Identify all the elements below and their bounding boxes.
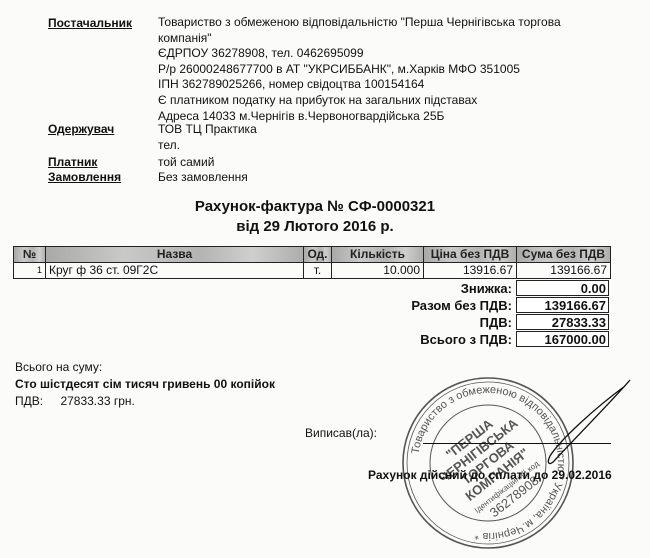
subtotal-value: 139166.67 xyxy=(516,297,609,313)
subtotal-label: Разом без ПДВ: xyxy=(411,298,512,313)
col-header-name: Назва xyxy=(46,247,304,263)
footer-vat-label: ПДВ: xyxy=(15,394,43,408)
footer-vat: ПДВ: 27833.33 грн. xyxy=(15,394,135,408)
table-row: 1 Круг ф 36 ст. 09Г2С т. 10.000 13916.67… xyxy=(14,263,611,279)
table-header-row: № Назва Од. Кількість Ціна без ПДВ Сума … xyxy=(14,247,611,263)
col-header-unit: Од. xyxy=(304,247,332,263)
discount-row: Знижка: 0.00 xyxy=(0,280,610,297)
invoice-title: Рахунок-фактура № СФ-0000321 xyxy=(0,198,630,215)
supplier-label: Постачальник xyxy=(48,16,132,30)
row-no: 1 xyxy=(14,263,46,279)
supplier-line: компанія" xyxy=(158,31,561,47)
row-name: Круг ф 36 ст. 09Г2С xyxy=(46,263,304,279)
supplier-line: Товариство з обмеженою відповідальністю … xyxy=(158,15,561,31)
supplier-details: Товариство з обмеженою відповідальністю … xyxy=(158,15,561,124)
issued-by-label: Виписав(ла): xyxy=(305,426,377,440)
footer-vat-value: 27833.33 грн. xyxy=(60,394,134,408)
discount-value: 0.00 xyxy=(516,280,609,296)
grand-total-label: Всього з ПДВ: xyxy=(420,332,512,347)
col-header-sum: Сума без ПДВ xyxy=(517,247,611,263)
recipient-phone: тел. xyxy=(158,138,180,152)
invoice-date: від 29 Лютого 2016 р. xyxy=(0,218,630,235)
signature-icon xyxy=(520,378,640,478)
vat-value: 27833.33 xyxy=(516,314,609,330)
col-header-price: Ціна без ПДВ xyxy=(424,247,517,263)
supplier-line: Є платником податку на прибуток на загал… xyxy=(158,93,561,109)
subtotal-row: Разом без ПДВ: 139166.67 xyxy=(0,297,610,314)
row-unit: т. xyxy=(304,263,332,279)
items-table: № Назва Од. Кількість Ціна без ПДВ Сума … xyxy=(13,246,611,279)
grand-total-row: Всього з ПДВ: 167000.00 xyxy=(0,331,610,348)
valid-until-note: Рахунок дійсний до сплати до 29.02.2016 xyxy=(368,468,612,482)
total-amount-label: Всього на суму: xyxy=(15,360,102,374)
row-price: 13916.67 xyxy=(424,263,517,279)
order-value: Без замовлення xyxy=(158,170,248,184)
grand-total-value: 167000.00 xyxy=(516,331,609,347)
order-label: Замовлення xyxy=(48,170,121,184)
supplier-line: ІПН 362789025266, номер свідоцтва 100154… xyxy=(158,77,561,93)
supplier-line: Р/р 26000248677700 в АТ "УКРСИББАНК", м.… xyxy=(158,62,561,78)
supplier-line: ЄДРПОУ 36278908, тел. 0462695099 xyxy=(158,46,561,62)
recipient-name: ТОВ ТЦ Практика xyxy=(158,122,257,136)
discount-label: Знижка: xyxy=(461,281,512,296)
col-header-qty: Кількість xyxy=(332,247,424,263)
recipient-label: Одержувач xyxy=(48,122,114,136)
payer-value: той самий xyxy=(158,155,214,169)
vat-row: ПДВ: 27833.33 xyxy=(0,314,610,331)
payer-label: Платник xyxy=(48,155,97,169)
row-sum: 139166.67 xyxy=(517,263,611,279)
vat-label: ПДВ: xyxy=(480,315,512,330)
total-amount-words: Сто шістдесят сім тисяч гривень 00 копій… xyxy=(15,377,275,391)
row-qty: 10.000 xyxy=(332,263,424,279)
col-header-no: № xyxy=(14,247,46,263)
